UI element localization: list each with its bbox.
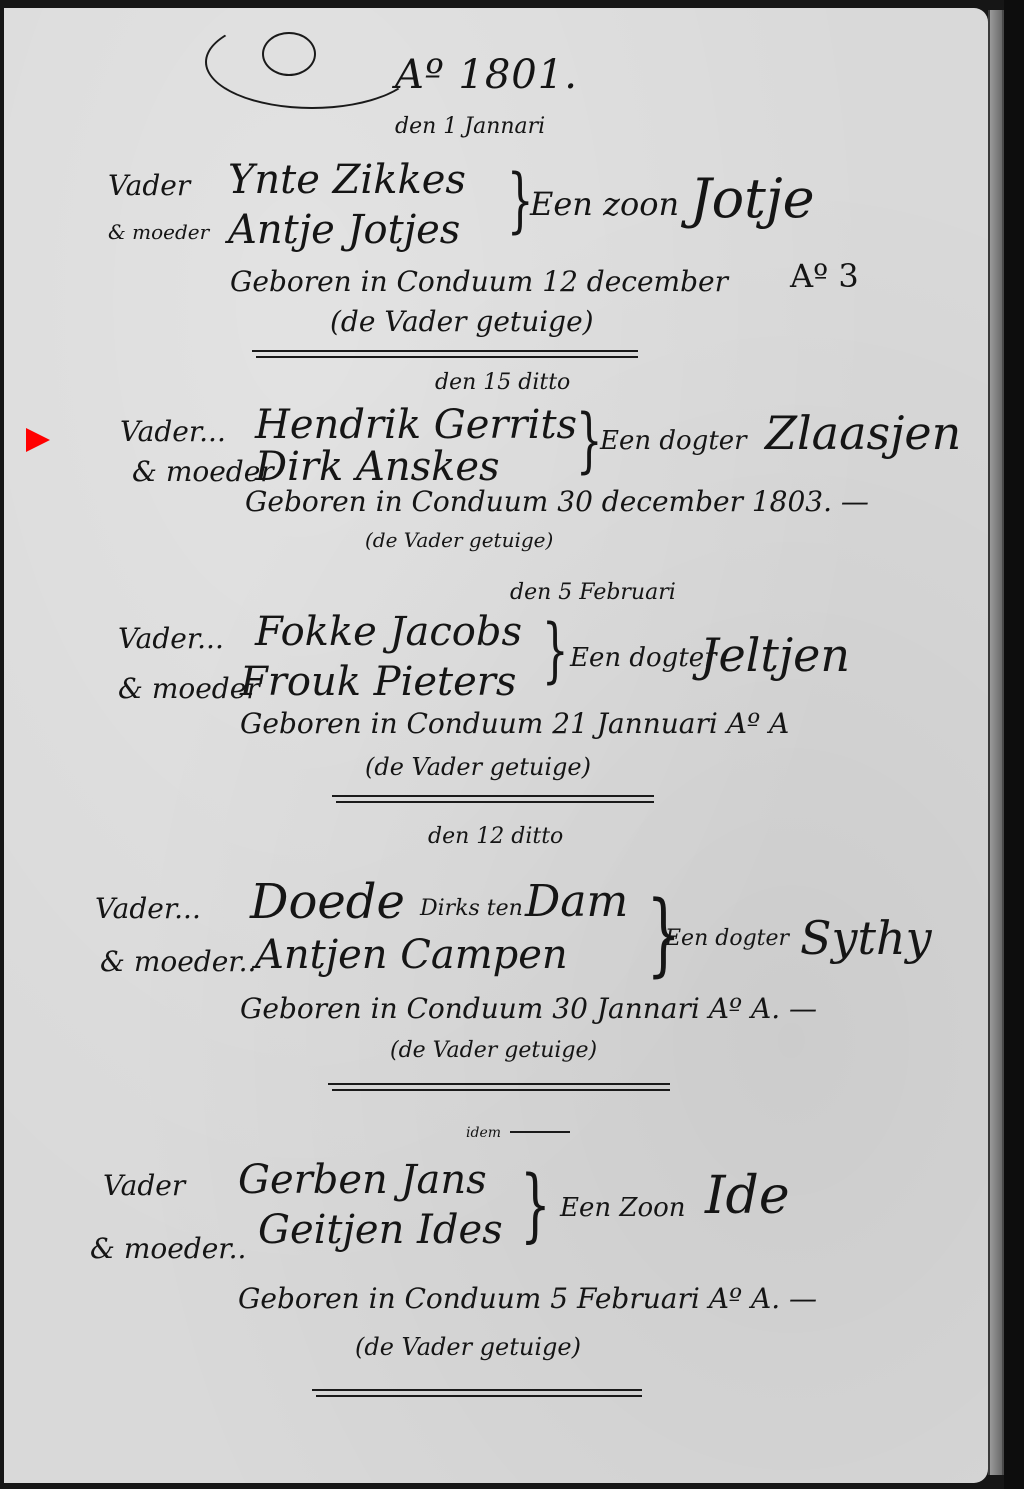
child-intro: Een dogter [665,928,789,950]
mother-name: Frouk Pieters [240,662,516,702]
page-edge-strip [990,10,1002,1475]
birth-record: Geboren in Conduum 21 Jannuari Aº A [240,710,789,738]
child-name: Ide [705,1170,790,1222]
child-name: Zlaasjen [765,410,961,456]
entry-date: den 12 ditto [428,826,563,848]
entry-separator [332,795,654,797]
father-name: Hendrik Gerrits [255,405,577,445]
entry-separator [252,350,638,352]
child-intro: Een Zoon [560,1195,686,1221]
mother-name: Geitjen Ides [258,1210,503,1250]
father-label: Vader [108,172,190,200]
red-pointer-marker-icon [26,428,50,452]
mother-label: & moeder.. [100,948,256,976]
father-label: Vader... [95,895,201,923]
witness-note: (de Vader getuige) [355,1335,581,1359]
page-edge-line [988,10,990,1475]
heading-curl-icon [262,32,316,76]
birth-record: Geboren in Conduum 30 Jannari Aº A. — [240,995,817,1023]
reference-number: Aº 3 [790,260,859,292]
father-name: Doede [250,878,405,926]
father-name: Gerben Jans [238,1160,487,1200]
entry-date: den 1 Jannari [395,116,545,138]
father-name: Ynte Zikkes [228,160,466,200]
mother-name: Antje Jotjes [228,210,460,250]
child-name: Jotje [690,172,815,226]
witness-note: (de Vader getuige) [365,755,591,779]
entry-date: den 15 ditto [435,372,570,394]
child-name: Sythy [800,915,932,961]
father-name: Fokke Jacobs [255,612,522,652]
mother-name: Antjen Campen [255,935,568,975]
entry-separator [328,1083,670,1085]
birth-record: Geboren in Conduum 5 Februari Aº A. — [238,1285,817,1313]
entry-date: idem [466,1126,501,1140]
child-intro: Een dogter [570,645,717,671]
date-dash [510,1131,570,1133]
brace-icon: } [542,615,569,685]
child-intro: Een zoon [530,188,679,220]
child-intro: Een dogter [600,428,747,454]
scan-background-right [1004,0,1024,1489]
witness-note: (de Vader getuige) [390,1040,597,1062]
witness-note: (de Vader getuige) [365,530,553,550]
mother-name: Dirk Anskes [255,447,500,487]
father-label: Vader... [120,418,226,446]
child-name: Jeltjen [700,632,850,678]
father-surname: Dam [525,880,628,924]
year-heading: Aº 1801. [395,55,578,95]
brace-icon: } [576,405,603,475]
mother-label: & moeder [108,222,209,242]
brace-icon: } [520,1165,551,1245]
mother-label: & moeder [132,458,274,486]
page-edge-line [1002,10,1004,1475]
father-label: Vader [103,1172,185,1200]
mother-label: & moeder [118,675,260,703]
father-label: Vader... [118,625,224,653]
father-middle-name: Dirks ten [420,898,523,920]
entry-separator [312,1389,642,1391]
birth-record: Geboren in Conduum 12 december [230,268,728,296]
mother-label: & moeder.. [90,1235,246,1263]
birth-record: Geboren in Conduum 30 december 1803. — [245,488,869,516]
entry-date: den 5 Februari [510,582,676,604]
witness-note: (de Vader getuige) [330,308,594,336]
